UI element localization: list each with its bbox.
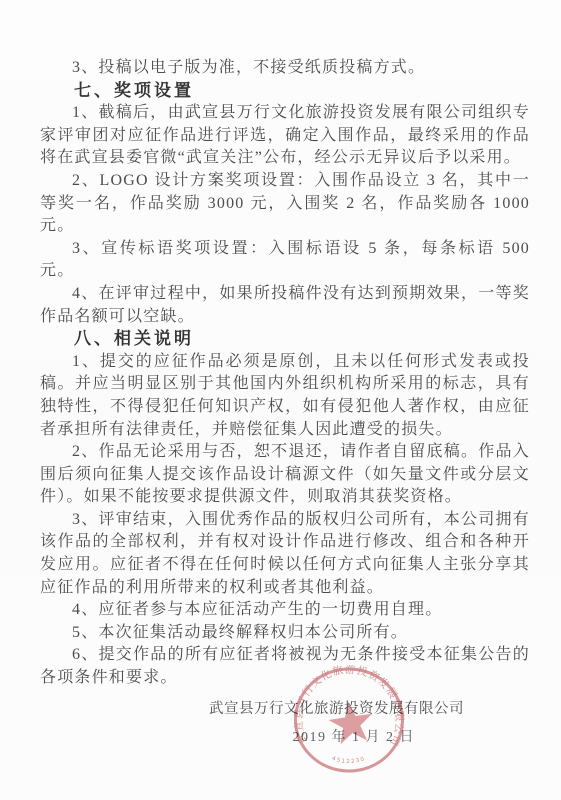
section-heading-awards: 七、奖项设置: [40, 80, 530, 103]
document-paragraph: 3、评审结束，入围优秀作品的版权归公司所有，本公司拥有该作品的全部权利，并有权对…: [40, 509, 530, 599]
document-paragraph: 3、投稿以电子版为准，不接受纸质投稿方式。: [40, 57, 530, 80]
scanned-document-page: { "page": { "background_color": "#fcfcfc…: [0, 0, 561, 800]
document-body: 3、投稿以电子版为准，不接受纸质投稿方式。 七、奖项设置 1、截稿后，由武宣县万…: [40, 57, 530, 690]
signature-date: 2019 年 1 月 2 日: [293, 726, 416, 746]
document-paragraph: 2、LOGO 设计方案奖项设置：入围作品设立 3 名，其中一等奖一名，作品奖励 …: [40, 170, 530, 238]
signature-company-name: 武宣县万行文化旅游投资发展有限公司: [209, 697, 464, 718]
document-paragraph: 5、本次征集活动最终解释权归本公司所有。: [40, 622, 530, 645]
section-heading-notes: 八、相关说明: [40, 328, 530, 351]
document-paragraph: 1、提交的应征作品必须是原创，且未以任何形式发表或投稿。并应当明显区别于其他国内…: [40, 351, 530, 441]
document-paragraph: 6、提交作品的所有应征者将被视为无条件接受本征集公告的各项条件和要求。: [40, 644, 530, 689]
document-paragraph: 4、在评审过程中，如果所投稿件没有达到预期效果，一等奖作品名额可以空缺。: [40, 283, 530, 328]
document-paragraph: 4、应征者参与本应征活动产生的一切费用自理。: [40, 599, 530, 622]
document-paragraph: 3、宣传标语奖项设置：入围标语设 5 条，每条标语 500 元。: [40, 238, 530, 283]
document-paragraph: 1、截稿后，由武宣县万行文化旅游投资发展有限公司组织专家评审团对应征作品进行评选…: [40, 102, 530, 170]
document-paragraph: 2、作品无论采用与否，恕不退还，请作者自留底稿。作品入围后须向征集人提交该作品设…: [40, 441, 530, 509]
